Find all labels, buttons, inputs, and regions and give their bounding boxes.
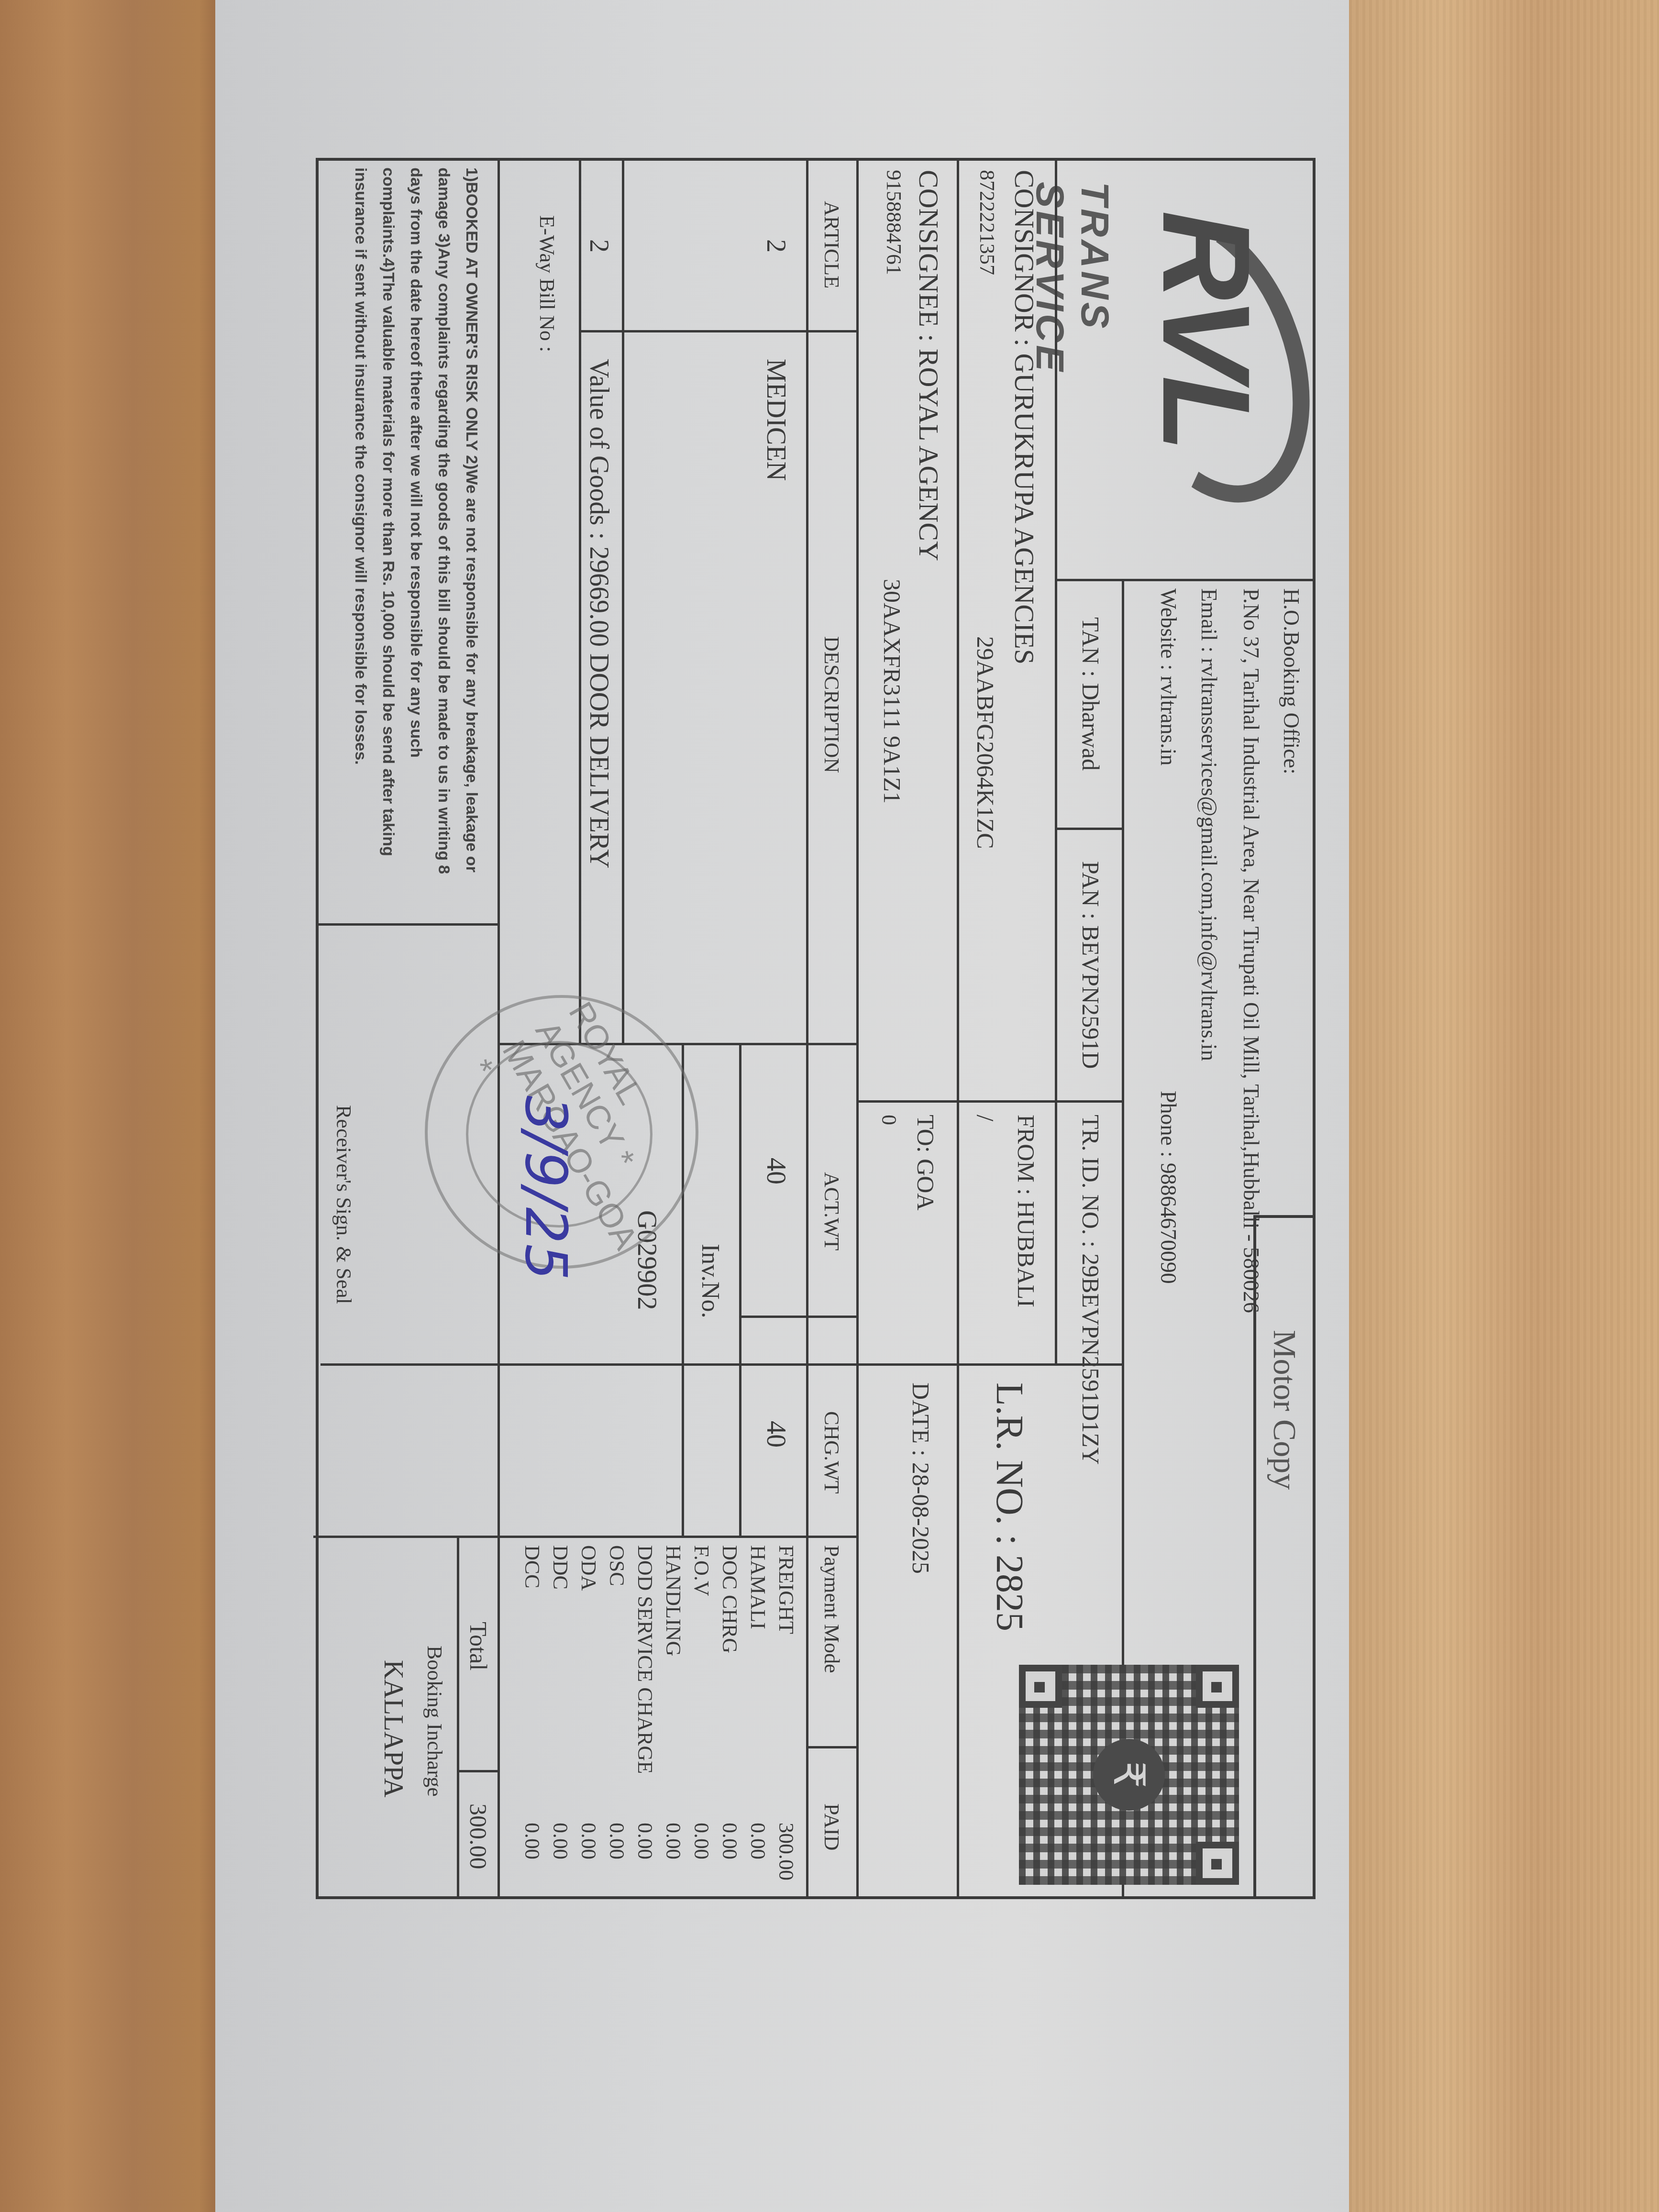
consignor-name: CONSIGNOR : GURUKRUPA AGENCIES <box>1010 170 1038 664</box>
charge-amount: 0.00 <box>691 1823 712 1859</box>
chg-wt-header: CHG.WT <box>821 1411 842 1493</box>
copy-label: Motor Copy <box>1269 1330 1301 1490</box>
charge-label: HAMALI <box>747 1545 768 1629</box>
from-location: FROM : HUBBALI <box>1014 1115 1038 1307</box>
charge-label: DOC CHRG <box>719 1545 740 1653</box>
charge-amount: 0.00 <box>550 1823 571 1859</box>
tr-id-number: TR. ID. NO. : 29BEVPN2591D1ZY <box>1079 1115 1103 1465</box>
booking-incharge-label: Booking Incharge <box>424 1646 445 1797</box>
consignee-phone: 9158884761 <box>883 170 904 275</box>
invoice-label: Inv.No. <box>697 1244 722 1318</box>
charge-label: ODA <box>578 1545 599 1591</box>
upi-qr-code-icon: ₹ <box>1019 1665 1239 1885</box>
actual-weight: 40 <box>763 1158 789 1184</box>
charge-label: HANDLING <box>663 1545 684 1656</box>
rupee-icon: ₹ <box>1093 1739 1165 1811</box>
company-name: TRANS SERVICE <box>1027 182 1117 502</box>
company-phone: Phone : 98864670090 <box>1157 1091 1179 1284</box>
description-header: DESCRIPTION <box>821 636 842 773</box>
consignor-gst: 29AABFG2064K1ZC <box>973 636 997 849</box>
charge-amount: 0.00 <box>521 1823 542 1859</box>
copy-box <box>1253 1215 1316 1899</box>
value-of-goods: Value of Goods : 29669.00 DOOR DELIVERY <box>586 359 612 868</box>
charge-label: DDC <box>550 1545 571 1590</box>
charge-label: FREIGHT <box>775 1545 796 1634</box>
total-label: Total <box>466 1622 490 1670</box>
payment-mode-value: PAID <box>821 1803 842 1851</box>
company-website: Website : rvltrans.in <box>1157 588 1179 766</box>
charge-label: OSC <box>606 1545 627 1586</box>
to-location: TO: GOA <box>914 1115 938 1210</box>
consignee-name: CONSIGNEE : ROYAL AGENCY <box>915 170 942 561</box>
charge-label: DCC <box>521 1545 542 1588</box>
company-address: P.No 37, Tarihal Industrial Area, Near T… <box>1240 588 1262 1313</box>
receipt-date: DATE : 28-08-2025 <box>909 1382 933 1574</box>
goods-description: MEDICEN <box>763 359 789 481</box>
rvl-logo-icon: RVL TRANS SERVICE <box>1067 167 1306 502</box>
charge-label: F.O.V <box>691 1545 712 1596</box>
charge-amount: 0.00 <box>606 1823 627 1859</box>
act-wt-header: ACT.WT <box>821 1172 842 1250</box>
receiver-signature: 3/9/25 <box>512 1095 579 1280</box>
charge-amount: 0.00 <box>747 1823 768 1859</box>
charge-label: DOD SERVICE CHARGE <box>634 1545 655 1774</box>
consignee-gst: 30AAXFR3111 9A1Z1 <box>880 579 904 804</box>
charge-amount: 0.00 <box>578 1823 599 1859</box>
booking-incharge-name: KALLAPPA <box>380 1660 407 1797</box>
lr-number: L.R. NO. : 2825 <box>990 1382 1029 1631</box>
pan-number: PAN : BEVPN2591D <box>1079 861 1103 1069</box>
tan-number: TAN : Dharwad <box>1079 617 1103 771</box>
total-amount: 300.00 <box>466 1803 490 1869</box>
article-header: ARTICLE <box>821 201 842 288</box>
company-email: Email : rvltransservices@gmail.com,info@… <box>1198 588 1220 1061</box>
wood-table-background <box>1349 0 1659 2212</box>
office-label: H.O.Booking Office: <box>1280 588 1302 774</box>
charge-amount: 0.00 <box>719 1823 740 1859</box>
from-extra: / <box>973 1115 997 1121</box>
article-count: 2 <box>763 239 789 253</box>
receiver-sign-label: Receiver's Sign. & Seal <box>333 1105 354 1304</box>
payment-mode-header: Payment Mode <box>821 1545 842 1673</box>
eway-bill-label: E-Way Bill No : <box>536 215 557 352</box>
total-articles: 2 <box>586 239 612 253</box>
logo-text: RVL <box>1134 210 1277 448</box>
charge-amount: 300.00 <box>775 1823 796 1880</box>
to-extra: 0 <box>878 1115 899 1125</box>
terms-and-conditions: 1)BOOKED AT OWNER'S RISK ONLY 2)We are n… <box>347 167 486 895</box>
consignor-phone: 8722221357 <box>976 170 997 275</box>
charged-weight: 40 <box>763 1421 789 1448</box>
charge-amount: 0.00 <box>634 1823 655 1859</box>
lorry-receipt: RVL TRANS SERVICE H.O.Booking Office: P.… <box>316 158 1316 2071</box>
charge-amount: 0.00 <box>663 1823 684 1859</box>
